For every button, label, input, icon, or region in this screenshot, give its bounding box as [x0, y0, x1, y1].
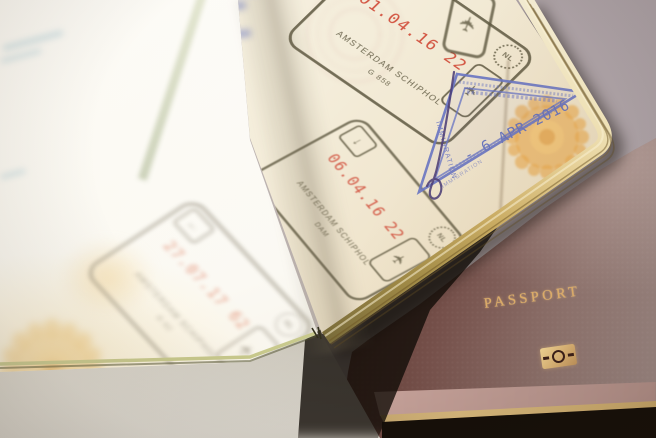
vignette-overlay [0, 0, 656, 438]
passport-photo: PASSPORT [0, 0, 656, 438]
